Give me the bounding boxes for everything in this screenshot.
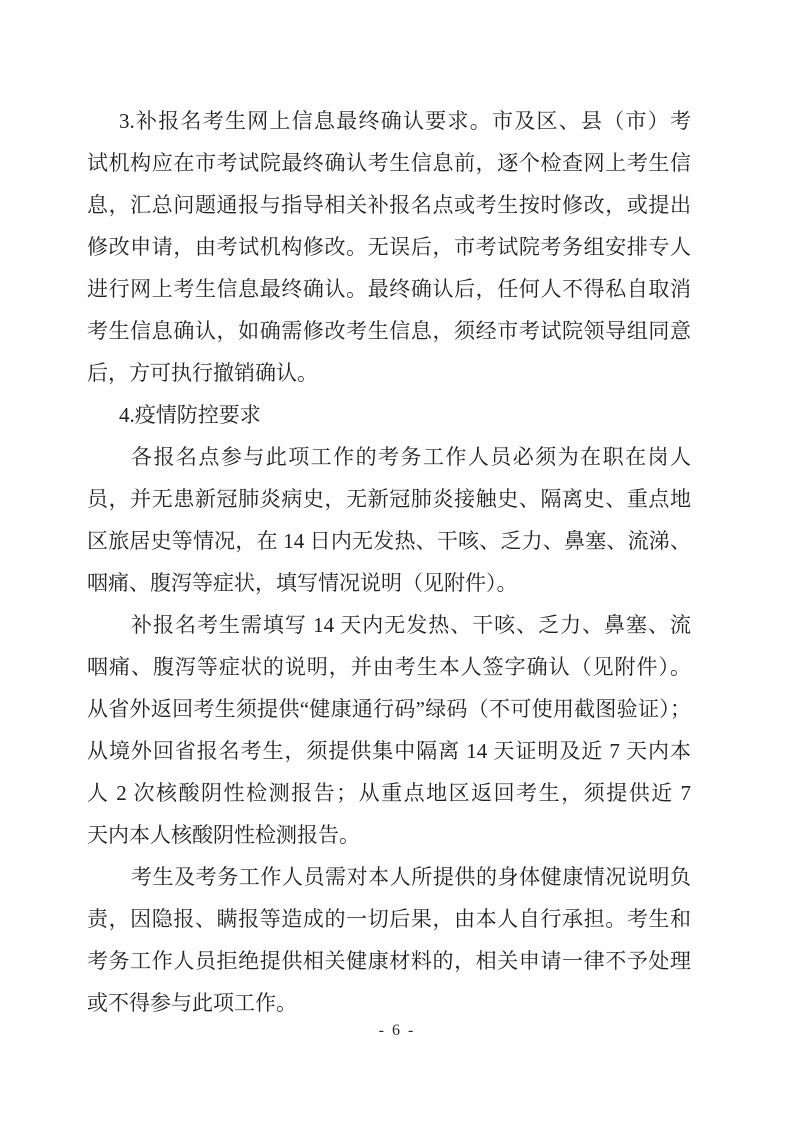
document-line: 3.补报名考生网上信息最终确认要求。市及区、县（市）考 bbox=[87, 100, 691, 142]
section-heading-line: 4.疫情防控要求 bbox=[87, 394, 691, 436]
document-line: 考生及考务工作人员需对本人所提供的身体健康情况说明负 bbox=[87, 856, 691, 898]
document-line: 或不得参与此项工作。 bbox=[87, 982, 691, 1024]
document-line: 责，因隐报、瞒报等造成的一切后果，由本人自行承担。考生和 bbox=[87, 898, 691, 940]
document-body: 3.补报名考生网上信息最终确认要求。市及区、县（市）考 试机构应在市考试院最终确… bbox=[87, 100, 691, 1024]
document-line: 从省外返回考生须提供“健康通行码”绿码（不可使用截图验证）； bbox=[87, 688, 691, 730]
document-line: 人 2 次核酸阴性检测报告；从重点地区返回考生，须提供近 7 bbox=[87, 772, 691, 814]
document-line: 从境外回省报名考生，须提供集中隔离 14 天证明及近 7 天内本 bbox=[87, 730, 691, 772]
document-line: 息，汇总问题通报与指导相关补报名点或考生按时修改，或提出 bbox=[87, 184, 691, 226]
document-line: 修改申请，由考试机构修改。无误后，市考试院考务组安排专人 bbox=[87, 226, 691, 268]
document-line: 天内本人核酸阴性检测报告。 bbox=[87, 814, 691, 856]
document-line: 各报名点参与此项工作的考务工作人员必须为在职在岗人 bbox=[87, 436, 691, 478]
document-line: 补报名考生需填写 14 天内无发热、干咳、乏力、鼻塞、流涕、 bbox=[87, 604, 691, 646]
document-line: 咽痛、腹泻等症状的说明，并由考生本人签字确认（见附件）。 bbox=[87, 646, 691, 688]
document-line: 试机构应在市考试院最终确认考生信息前，逐个检查网上考生信 bbox=[87, 142, 691, 184]
document-line: 区旅居史等情况，在 14 日内无发热、干咳、乏力、鼻塞、流涕、 bbox=[87, 520, 691, 562]
document-line: 考生信息确认，如确需修改考生信息，须经市考试院领导组同意 bbox=[87, 310, 691, 352]
document-page: 3.补报名考生网上信息最终确认要求。市及区、县（市）考 试机构应在市考试院最终确… bbox=[0, 0, 794, 1123]
document-line: 考务工作人员拒绝提供相关健康材料的，相关申请一律不予处理 bbox=[87, 940, 691, 982]
document-line: 进行网上考生信息最终确认。最终确认后，任何人不得私自取消 bbox=[87, 268, 691, 310]
page-number: - 6 - bbox=[0, 1020, 794, 1042]
document-line: 后，方可执行撤销确认。 bbox=[87, 352, 691, 394]
document-line: 咽痛、腹泻等症状，填写情况说明（见附件）。 bbox=[87, 562, 691, 604]
document-line: 员，并无患新冠肺炎病史，无新冠肺炎接触史、隔离史、重点地 bbox=[87, 478, 691, 520]
